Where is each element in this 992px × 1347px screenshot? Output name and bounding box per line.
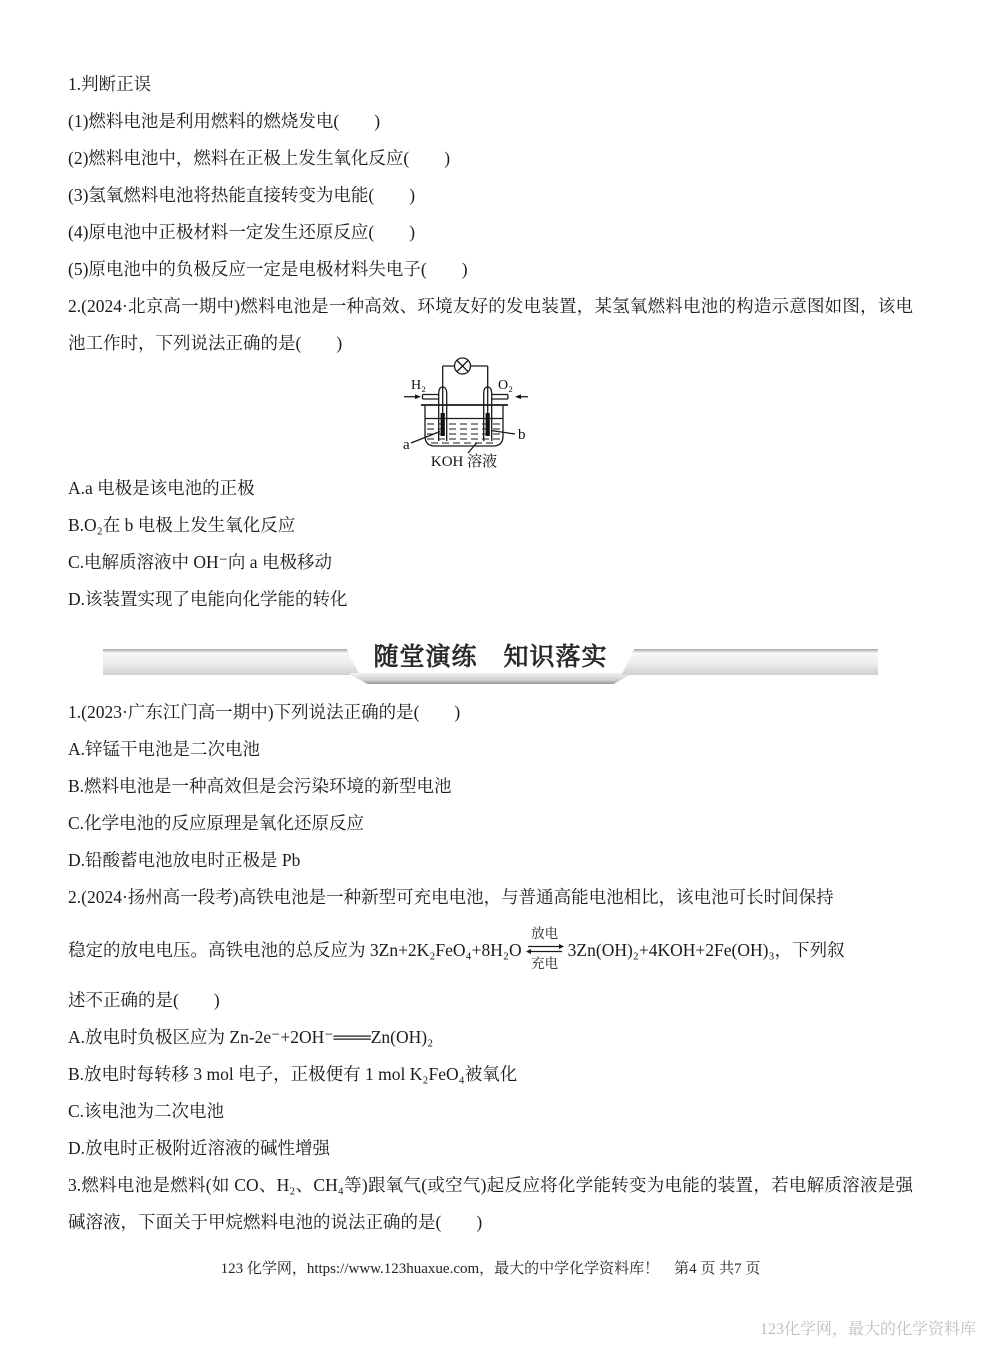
practice-q1-option-b: B.燃料电池是一种高效但是会污染环境的新型电池 xyxy=(68,768,913,805)
judgment-item-5: (5)原电池中的负极反应一定是电极材料失电子( ) xyxy=(68,251,913,288)
practice-q3-stem: 3.燃料电池是燃料(如 CO、H₂、CH₄等)跟氧气(或空气)起反应将化学能转变… xyxy=(68,1167,913,1241)
discharge-label: 放电 xyxy=(531,926,558,942)
equation-prefix: 稳定的放电电压。高铁电池的总反应为 3Zn+2K₂FeO₄+8H₂O xyxy=(68,937,522,962)
practice-q1-option-d: D.铅酸蓄电池放电时正极是 Pb xyxy=(68,842,913,879)
judgment-item-1: (1)燃料电池是利用燃料的燃烧发电( ) xyxy=(68,103,913,140)
pretest-q2-option-c: C.电解质溶液中 OH⁻向 a 电极移动 xyxy=(68,544,913,581)
label-a: a xyxy=(403,437,410,453)
judgment-item-2: (2)燃料电池中，燃料在正极上发生氧化反应( ) xyxy=(68,140,913,177)
fuel-cell-diagram: H₂ O₂ a b KOH 溶液 xyxy=(68,358,913,470)
electrode-a xyxy=(440,413,444,436)
pretest-q2-option-b: B.O₂在 b 电极上发生氧化反应 xyxy=(68,507,913,544)
practice-q2-option-a: A.放电时负极区应为 Zn-2e⁻+2OH⁻═══Zn(OH)₂ xyxy=(68,1019,913,1056)
banner-right-bar xyxy=(622,649,879,675)
practice-q1-option-a: A.锌锰干电池是二次电池 xyxy=(68,731,913,768)
electrode-b xyxy=(485,413,489,436)
practice-q2-option-d: D.放电时正极附近溶液的碱性增强 xyxy=(68,1130,913,1167)
o2-label: O₂ xyxy=(498,378,513,393)
practice-q2-option-b: B.放电时每转移 3 mol 电子，正极便有 1 mol K₂FeO₄被氧化 xyxy=(68,1056,913,1093)
worksheet-page: 1.判断正误 (1)燃料电池是利用燃料的燃烧发电( ) (2)燃料电池中，燃料在… xyxy=(0,0,992,1347)
solution-label: KOH 溶液 xyxy=(430,452,496,470)
section-banner: 随堂演练 知识落实 xyxy=(103,642,878,686)
pretest-q2-option-d: D.该装置实现了电能向化学能的转化 xyxy=(68,581,913,618)
charge-label: 充电 xyxy=(531,956,558,972)
h2-label: H₂ xyxy=(411,378,426,393)
section-title: 随堂演练 知识落实 xyxy=(366,642,616,672)
banner-center: 随堂演练 知识落实 xyxy=(360,642,622,684)
page-footer: 123 化学网，https://www.123huaxue.com，最大的中学化… xyxy=(68,1257,913,1281)
judgment-item-3: (3)氢氧燃料电池将热能直接转变为电能( ) xyxy=(68,177,913,214)
label-b: b xyxy=(518,427,526,443)
practice-q2-equation: 稳定的放电电压。高铁电池的总反应为 3Zn+2K₂FeO₄+8H₂O 放电 充电… xyxy=(68,916,913,982)
equilibrium-arrows-icon xyxy=(526,943,564,955)
judgment-title: 1.判断正误 xyxy=(68,66,913,103)
banner-left-bar xyxy=(103,649,360,675)
reversible-reaction-symbol: 放电 充电 xyxy=(526,926,564,971)
page-content: 1.判断正误 (1)燃料电池是利用燃料的燃烧发电( ) (2)燃料电池中，燃料在… xyxy=(0,0,992,1281)
practice-q2-stem-line1: 2.(2024·扬州高一段考)高铁电池是一种新型可充电电池，与普通高能电池相比，… xyxy=(68,879,913,916)
practice-q2-option-c: C.该电池为二次电池 xyxy=(68,1093,913,1130)
judgment-item-4: (4)原电池中正极材料一定发生还原反应( ) xyxy=(68,214,913,251)
banner-trapezoid xyxy=(348,673,634,684)
practice-q2-stem-line3: 述不正确的是( ) xyxy=(68,982,913,1019)
practice-q1-stem: 1.(2023·广东江门高一期中)下列说法正确的是( ) xyxy=(68,694,913,731)
equation-suffix: 3Zn(OH)₂+4KOH+2Fe(OH)₃，下列叙 xyxy=(568,937,845,962)
watermark: 123化学网，最大的化学资料库 xyxy=(760,1316,976,1339)
fuel-cell-svg: H₂ O₂ a b KOH 溶液 xyxy=(391,346,591,481)
practice-q1-option-c: C.化学电池的反应原理是氧化还原反应 xyxy=(68,805,913,842)
